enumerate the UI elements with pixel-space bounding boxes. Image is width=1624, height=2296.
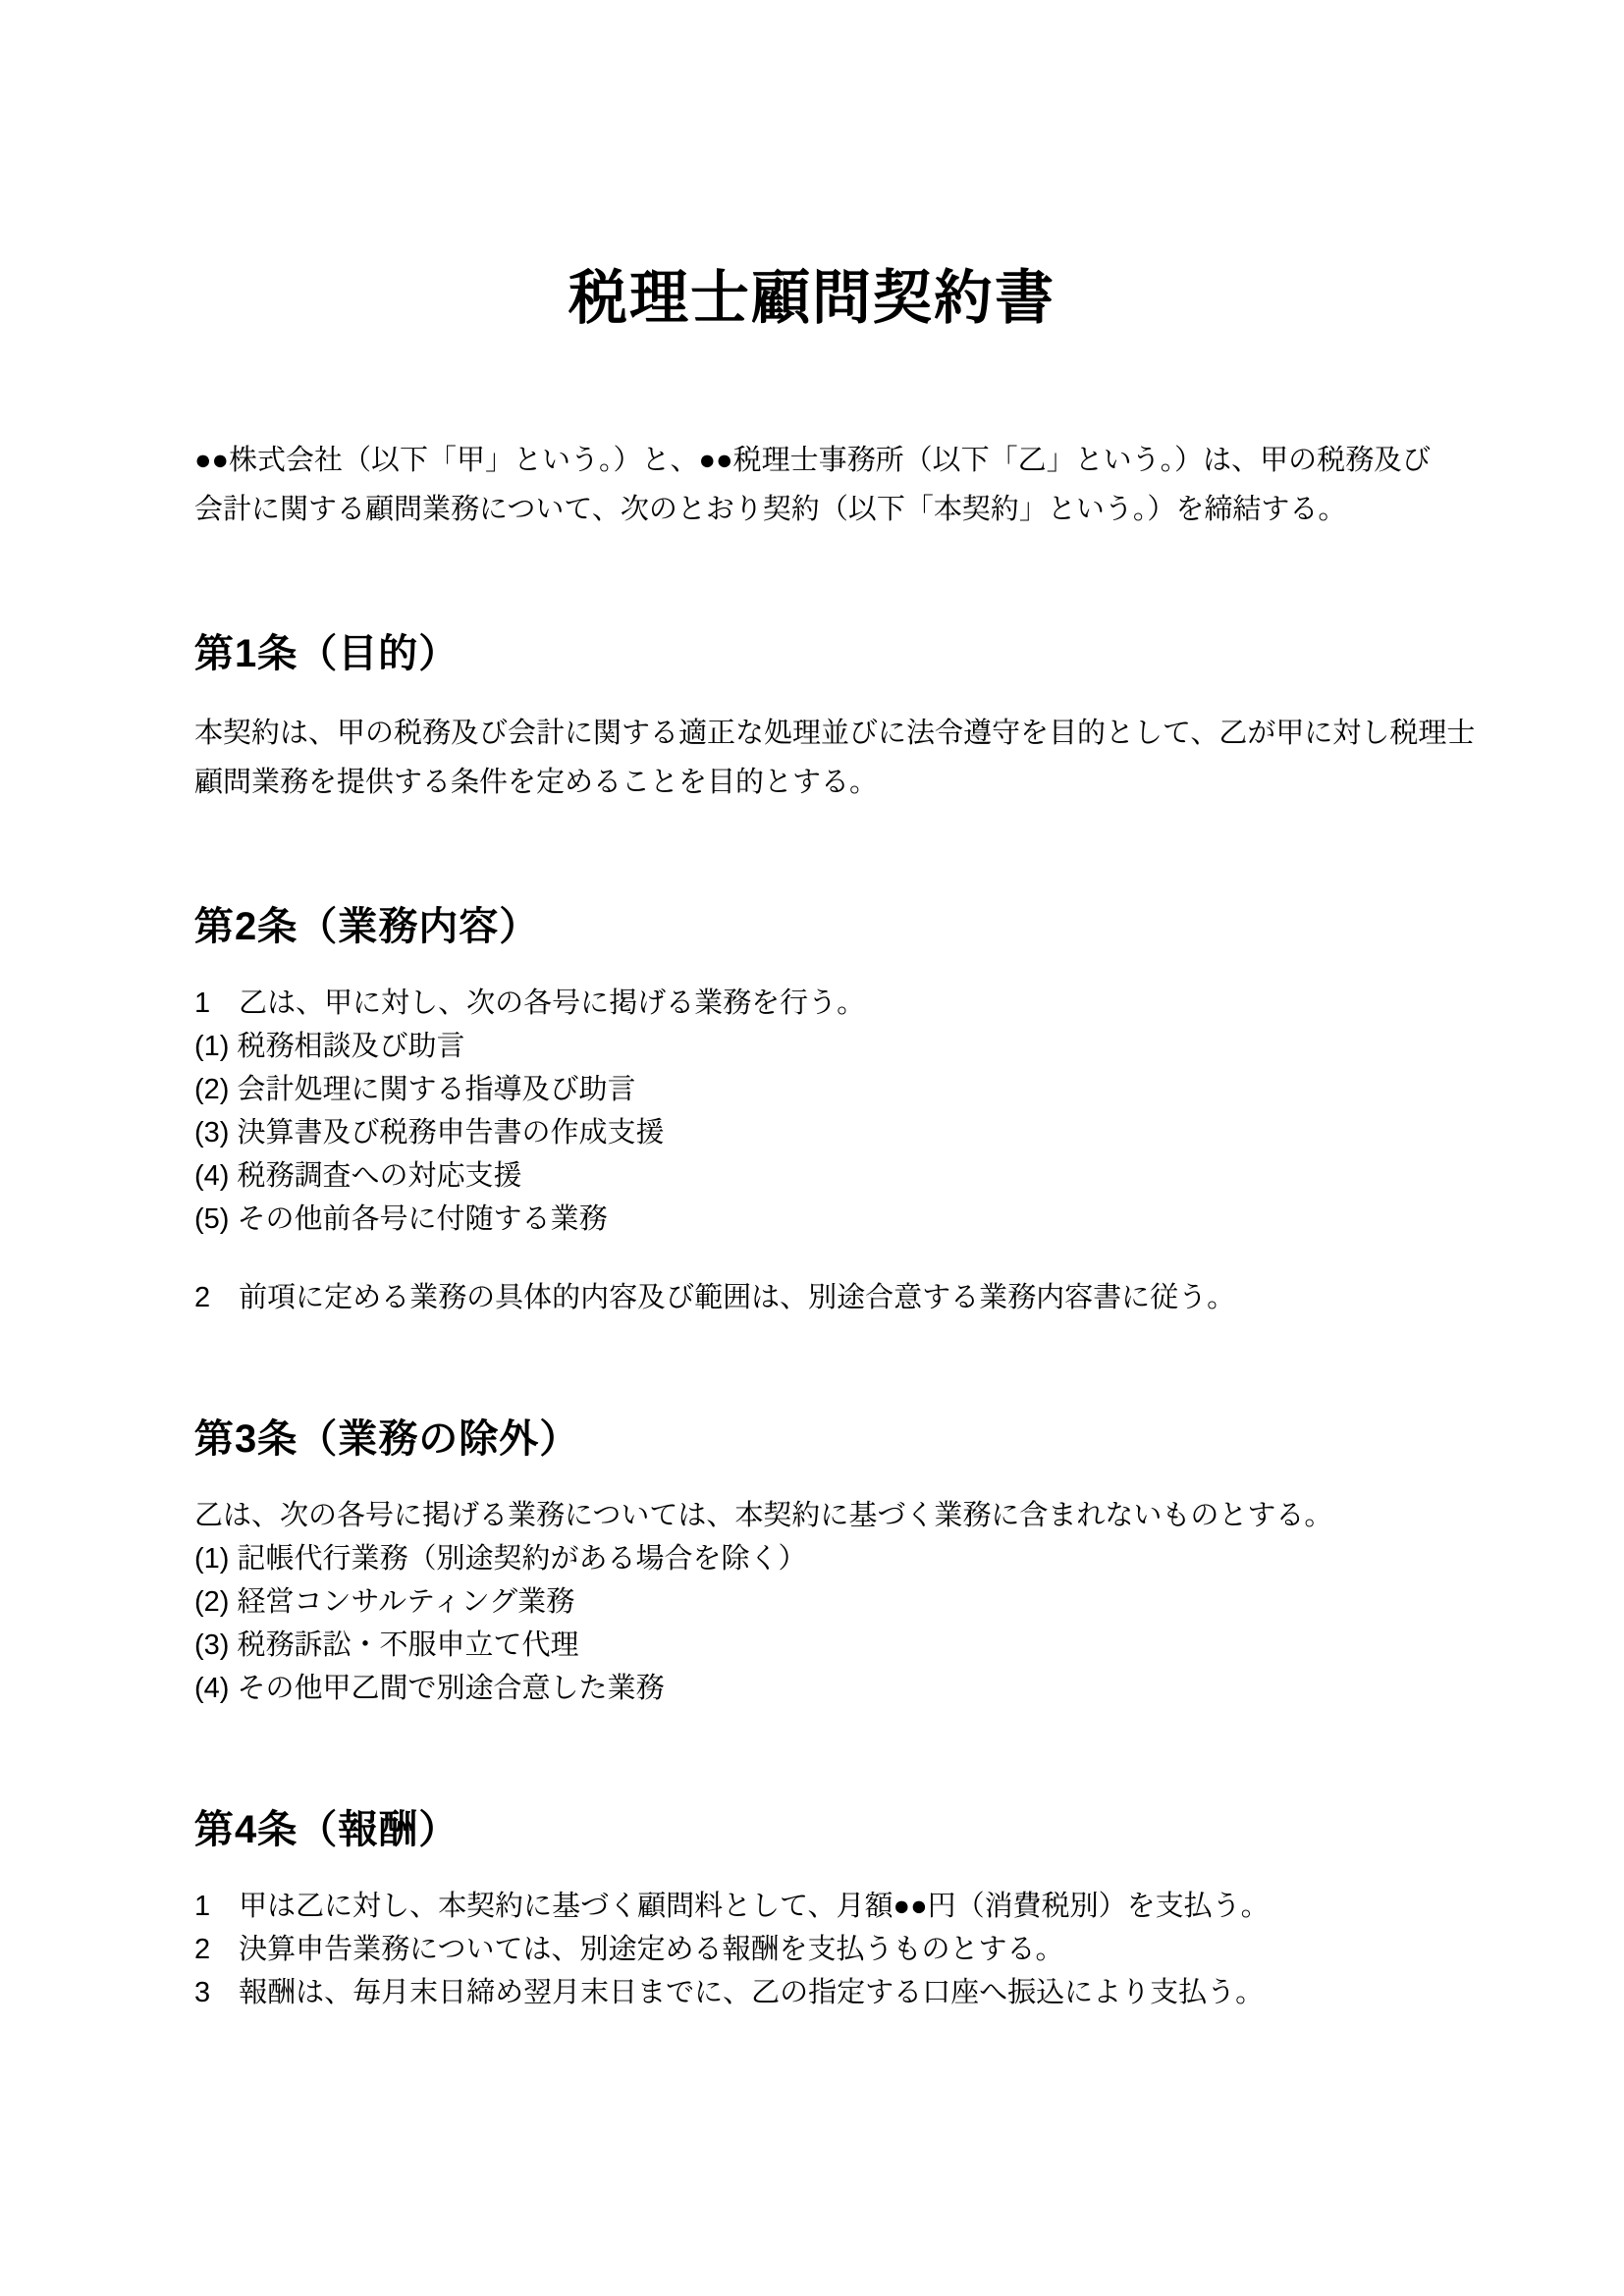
article-1-line-2: 顧問業務を提供する条件を定めることを目的とする。 xyxy=(194,758,1430,807)
article-2-list-item-1: (1) 税務相談及び助言 xyxy=(194,1025,1430,1068)
article-3-list-item-3: (3) 税務訴訟・不服申立て代理 xyxy=(194,1624,1430,1667)
article-3-list-item-2: (2) 経営コンサルティング業務 xyxy=(194,1580,1430,1624)
article-3: 第3条（業務の除外） 乙は、次の各号に掲げる業務については、本契約に基づく業務に… xyxy=(194,1414,1430,1710)
article-2-list-item-2: (2) 会計処理に関する指導及び助言 xyxy=(194,1068,1430,1111)
document-page: 税理士顧問契約書 ●●株式会社（以下「甲」という。）と、●●税理士事務所（以下「… xyxy=(0,0,1624,2296)
article-4-body: 1 甲は乙に対し、本契約に基づく顧問料として、月額●●円（消費税別）を支払う。 … xyxy=(194,1885,1430,2014)
article-1-heading: 第1条（目的） xyxy=(194,628,1430,679)
article-3-list-item-1: (1) 記帳代行業務（別途契約がある場合を除く） xyxy=(194,1537,1430,1580)
article-4: 第4条（報酬） 1 甲は乙に対し、本契約に基づく顧問料として、月額●●円（消費税… xyxy=(194,1804,1430,2014)
article-2-list-item-5: (5) その他前各号に付随する業務 xyxy=(194,1198,1430,1241)
article-3-heading: 第3条（業務の除外） xyxy=(194,1414,1430,1465)
article-4-clause-3: 3 報酬は、毎月末日締め翌月末日までに、乙の指定する口座へ振込により支払う。 xyxy=(194,1971,1430,2014)
intro-line-2: 会計に関する顧問業務について、次のとおり契約（以下「本契約」という。）を締結する… xyxy=(194,485,1430,534)
article-4-heading: 第4条（報酬） xyxy=(194,1804,1430,1855)
article-4-clause-1: 1 甲は乙に対し、本契約に基づく顧問料として、月額●●円（消費税別）を支払う。 xyxy=(194,1885,1430,1928)
document-title: 税理士顧問契約書 xyxy=(194,263,1430,334)
article-2-list-item-4: (4) 税務調査への対応支援 xyxy=(194,1154,1430,1198)
intro-paragraph: ●●株式会社（以下「甲」という。）と、●●税理士事務所（以下「乙」という。）は、… xyxy=(194,436,1430,534)
article-2-body: 1 乙は、甲に対し、次の各号に掲げる業務を行う。 (1) 税務相談及び助言 (2… xyxy=(194,982,1430,1319)
article-2-clause-1: 1 乙は、甲に対し、次の各号に掲げる業務を行う。 xyxy=(194,982,1430,1025)
article-3-list-item-4: (4) その他甲乙間で別途合意した業務 xyxy=(194,1667,1430,1710)
article-2-clause-2: 2 前項に定める業務の具体的内容及び範囲は、別途合意する業務内容書に従う。 xyxy=(194,1276,1430,1319)
article-2-heading: 第2条（業務内容） xyxy=(194,901,1430,952)
article-3-body: 乙は、次の各号に掲げる業務については、本契約に基づく業務に含まれないものとする。… xyxy=(194,1494,1430,1710)
article-3-lead: 乙は、次の各号に掲げる業務については、本契約に基づく業務に含まれないものとする。 xyxy=(194,1494,1430,1537)
article-1: 第1条（目的） 本契約は、甲の税務及び会計に関する適正な処理並びに法令遵守を目的… xyxy=(194,628,1430,807)
article-2-list-item-3: (3) 決算書及び税務申告書の作成支援 xyxy=(194,1111,1430,1154)
article-4-clause-2: 2 決算申告業務については、別途定める報酬を支払うものとする。 xyxy=(194,1928,1430,1971)
article-2: 第2条（業務内容） 1 乙は、甲に対し、次の各号に掲げる業務を行う。 (1) 税… xyxy=(194,901,1430,1319)
article-1-line-1: 本契約は、甲の税務及び会計に関する適正な処理並びに法令遵守を目的として、乙が甲に… xyxy=(194,709,1430,758)
article-1-body: 本契約は、甲の税務及び会計に関する適正な処理並びに法令遵守を目的として、乙が甲に… xyxy=(194,709,1430,807)
intro-line-1: ●●株式会社（以下「甲」という。）と、●●税理士事務所（以下「乙」という。）は、… xyxy=(194,436,1430,485)
